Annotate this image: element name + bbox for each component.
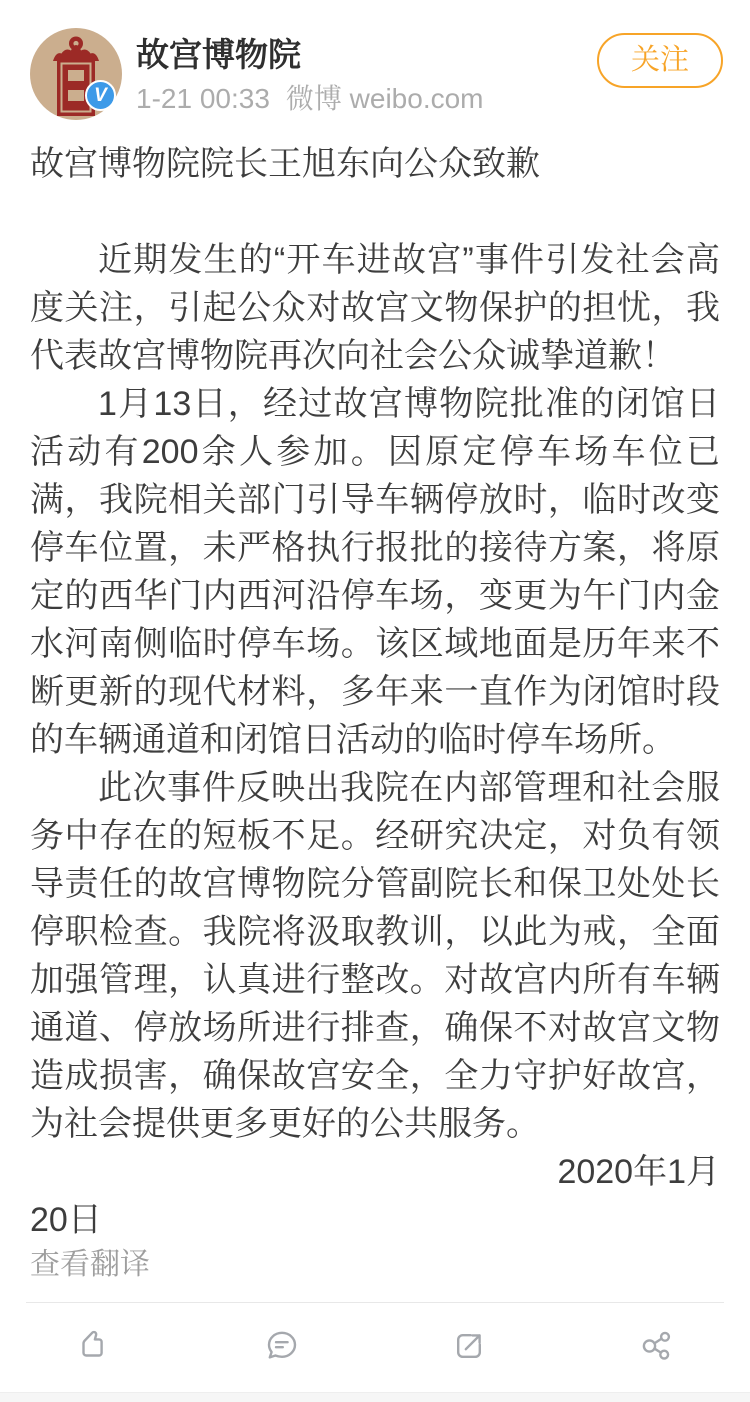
signature-date-line2: 20日: [30, 1196, 720, 1244]
identity-block: 故宫博物院 1-21 00:33微博 weibo.com: [136, 36, 484, 115]
like-icon: [76, 1328, 112, 1364]
post-paragraph: 此次事件反映出我院在内部管理和社会服务中存在的短板不足。经研究决定，对负有领导责…: [30, 764, 720, 1148]
verified-icon: V: [85, 80, 116, 111]
share-icon: [638, 1328, 674, 1364]
post-header: V 故宫博物院 1-21 00:33微博 weibo.com 关注: [0, 0, 750, 120]
post-paragraph: 近期发生的“开车进故宫”事件引发社会高度关注，引起公众对故宫文物保护的担忧，我代…: [30, 236, 720, 380]
timestamp: 1-21 00:33: [136, 83, 270, 114]
post-title: 故宫博物院院长王旭东向公众致歉: [30, 140, 720, 188]
comment-button[interactable]: [188, 1303, 376, 1388]
like-button[interactable]: [0, 1303, 188, 1388]
source-label: 微博 weibo.com: [286, 83, 484, 114]
view-translation-link[interactable]: 查看翻译: [30, 1250, 720, 1280]
post-meta: 1-21 00:33微博 weibo.com: [136, 83, 484, 115]
signature-date-line1: 2020年1月: [30, 1148, 720, 1196]
avatar[interactable]: V: [30, 28, 122, 120]
action-toolbar: [0, 1303, 750, 1388]
open-external-button[interactable]: [375, 1303, 563, 1388]
share-button[interactable]: [563, 1303, 750, 1388]
external-link-icon: [451, 1328, 487, 1364]
card-separator: [0, 1392, 750, 1402]
comment-icon: [263, 1328, 299, 1364]
post-body: 故宫博物院院长王旭东向公众致歉 近期发生的“开车进故宫”事件引发社会高度关注，引…: [0, 140, 750, 1280]
follow-button[interactable]: 关注: [597, 33, 723, 88]
username[interactable]: 故宫博物院: [136, 36, 484, 74]
weibo-post-card: V 故宫博物院 1-21 00:33微博 weibo.com 关注 故宫博物院院…: [0, 0, 750, 1402]
post-paragraph: 1月13日，经过故宫博物院批准的闭馆日活动有200余人参加。因原定停车场车位已满…: [30, 380, 720, 764]
